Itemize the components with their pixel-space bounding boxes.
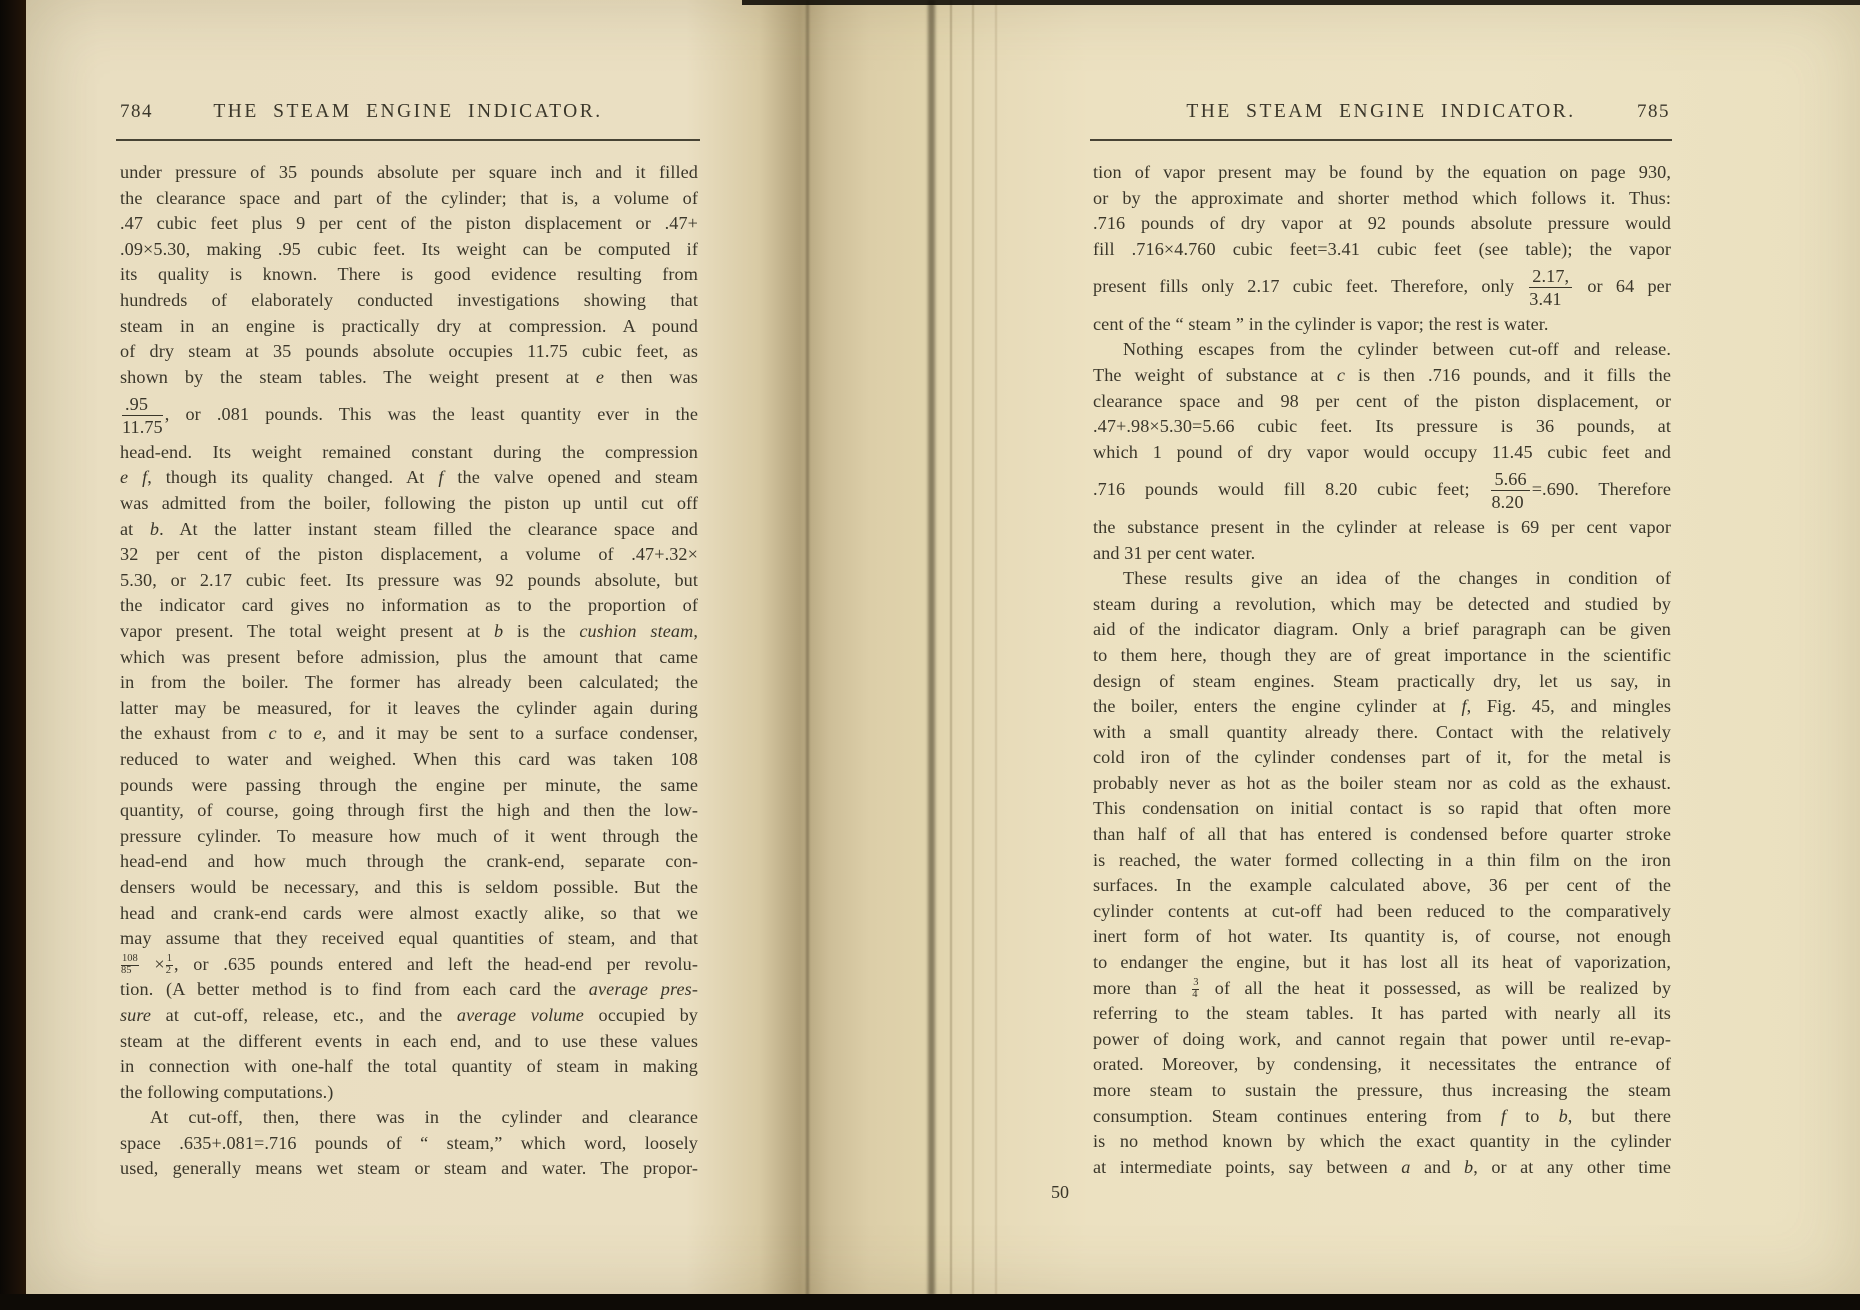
text-line: pounds were passing through the engine p… bbox=[120, 773, 698, 799]
text-line: the clearance space and part of the cyli… bbox=[120, 186, 698, 212]
text-line: design of steam engines. Steam practical… bbox=[1093, 669, 1671, 695]
running-title-right: THE STEAM ENGINE INDICATOR. bbox=[1092, 101, 1670, 123]
text-line: head-end and how much through the crank-… bbox=[120, 849, 698, 875]
text-line: is reached, the water formed collecting … bbox=[1093, 848, 1671, 874]
text-line: more steam to sustain the pressure, thus… bbox=[1093, 1078, 1671, 1104]
text-line: Nothing escapes from the cylinder betwee… bbox=[1093, 337, 1671, 363]
signature-mark: 50 bbox=[1020, 1182, 1100, 1203]
scan-edge-bottom bbox=[0, 1294, 1860, 1310]
fraction: 5.668.20 bbox=[1491, 469, 1529, 512]
text-line: shown by the steam tables. The weight pr… bbox=[120, 365, 698, 391]
text-line: in connection with one-half the total qu… bbox=[120, 1054, 698, 1080]
text-line: which was present before admission, plus… bbox=[120, 645, 698, 671]
text-line: which 1 pound of dry vapor would occupy … bbox=[1093, 440, 1671, 466]
text-line: inert form of hot water. Its quantity is… bbox=[1093, 924, 1671, 950]
text-line: These results give an idea of the change… bbox=[1093, 566, 1671, 592]
text-line: .716 pounds of dry vapor at 92 pounds ab… bbox=[1093, 211, 1671, 237]
text-line: the following computations.) bbox=[120, 1080, 698, 1106]
text-line: cent of the “ steam ” in the cylinder is… bbox=[1093, 312, 1671, 338]
small-fraction: 10885 bbox=[121, 954, 139, 975]
text-line: than half of all that has entered is con… bbox=[1093, 822, 1671, 848]
fraction: .9511.75 bbox=[122, 394, 163, 437]
page-header-right: THE STEAM ENGINE INDICATOR. 785 bbox=[1092, 101, 1670, 133]
text-line: reduced to water and weighed. When this … bbox=[120, 747, 698, 773]
text-line: may assume that they received equal quan… bbox=[120, 926, 698, 952]
text-line: was admitted from the boiler, following … bbox=[120, 491, 698, 517]
text-line: cylinder contents at cut-off had been re… bbox=[1093, 899, 1671, 925]
fraction: 2.17,3.41 bbox=[1529, 266, 1572, 309]
text-line: under pressure of 35 pounds absolute per… bbox=[120, 160, 698, 186]
text-line: at intermediate points, say between a an… bbox=[1093, 1155, 1671, 1181]
text-line: its quality is known. There is good evid… bbox=[120, 262, 698, 288]
text-line: head and crank-end cards were almost exa… bbox=[120, 901, 698, 927]
page-edge-line bbox=[995, 0, 997, 1296]
text-line: with a small quantity already there. Con… bbox=[1093, 720, 1671, 746]
small-fraction: 12 bbox=[166, 954, 173, 975]
header-rule-right bbox=[1090, 139, 1672, 141]
text-line: densers would be necessary, and this is … bbox=[120, 875, 698, 901]
text-line: to endanger the engine, but it has lost … bbox=[1093, 950, 1671, 976]
text-line: at b. At the latter instant steam filled… bbox=[120, 517, 698, 543]
text-line: space .635+.081=.716 pounds of “ steam,”… bbox=[120, 1131, 698, 1157]
text-line: sure at cut-off, release, etc., and the … bbox=[120, 1003, 698, 1029]
text-line: and 31 per cent water. bbox=[1093, 541, 1671, 567]
text-line: the boiler, enters the engine cylinder a… bbox=[1093, 694, 1671, 720]
text-line: to them here, though they are of great i… bbox=[1093, 643, 1671, 669]
text-line: hundreds of elaborately conducted invest… bbox=[120, 288, 698, 314]
text-line: orated. Moreover, by condensing, it nece… bbox=[1093, 1052, 1671, 1078]
text-line: quantity, of course, going through first… bbox=[120, 798, 698, 824]
text-line: present fills only 2.17 cubic feet. Ther… bbox=[1093, 262, 1671, 312]
gutter-shadow-line bbox=[928, 0, 935, 1296]
page-body-left: under pressure of 35 pounds absolute per… bbox=[120, 160, 698, 1182]
text-line: steam during a revolution, which may be … bbox=[1093, 592, 1671, 618]
text-line: is no method known by which the exact qu… bbox=[1093, 1129, 1671, 1155]
scan-edge-left bbox=[0, 0, 26, 1310]
gutter-fold-line bbox=[806, 0, 809, 1296]
text-line: tion. (A better method is to find from e… bbox=[120, 977, 698, 1003]
book-scan: 784 THE STEAM ENGINE INDICATOR. THE STEA… bbox=[0, 0, 1860, 1310]
text-line: consumption. Steam continues entering fr… bbox=[1093, 1104, 1671, 1130]
text-line: surfaces. In the example calculated abov… bbox=[1093, 873, 1671, 899]
text-line: latter may be measured, for it leaves th… bbox=[120, 696, 698, 722]
text-line: pressure cylinder. To measure how much o… bbox=[120, 824, 698, 850]
text-line: This condensation on initial contact is … bbox=[1093, 796, 1671, 822]
text-line: 10885 ×12, or .635 pounds entered and le… bbox=[120, 952, 698, 978]
text-line: The weight of substance at c is then .71… bbox=[1093, 363, 1671, 389]
text-line: .47+.98×5.30=5.66 cubic feet. Its pressu… bbox=[1093, 414, 1671, 440]
text-line: in from the boiler. The former has alrea… bbox=[120, 670, 698, 696]
text-line: the exhaust from c to e, and it may be s… bbox=[120, 721, 698, 747]
text-line: .47 cubic feet plus 9 per cent of the pi… bbox=[120, 211, 698, 237]
page-body-right: tion of vapor present may be found by th… bbox=[1093, 160, 1671, 1180]
page-edge-line bbox=[972, 0, 974, 1296]
text-line: referring to the steam tables. It has pa… bbox=[1093, 1001, 1671, 1027]
text-line: fill .716×4.760 cubic feet=3.41 cubic fe… bbox=[1093, 237, 1671, 263]
text-line: the indicator card gives no information … bbox=[120, 593, 698, 619]
text-line: .9511.75, or .081 pounds. This was the l… bbox=[120, 390, 698, 440]
running-title-left: THE STEAM ENGINE INDICATOR. bbox=[118, 101, 698, 123]
text-line: 32 per cent of the piston displacement, … bbox=[120, 542, 698, 568]
text-line: aid of the indicator diagram. Only a bri… bbox=[1093, 617, 1671, 643]
text-line: power of doing work, and cannot regain t… bbox=[1093, 1027, 1671, 1053]
text-line: cold iron of the cylinder condenses part… bbox=[1093, 745, 1671, 771]
text-line: clearance space and 98 per cent of the p… bbox=[1093, 389, 1671, 415]
page-edge-line bbox=[950, 0, 952, 1296]
text-line: of dry steam at 35 pounds absolute occup… bbox=[120, 339, 698, 365]
text-line: more than 34 of all the heat it possesse… bbox=[1093, 976, 1671, 1002]
text-line: .09×5.30, making .95 cubic feet. Its wei… bbox=[120, 237, 698, 263]
text-line: used, generally means wet steam or steam… bbox=[120, 1156, 698, 1182]
text-line: 5.30, or 2.17 cubic feet. Its pressure w… bbox=[120, 568, 698, 594]
text-line: or by the approximate and shorter method… bbox=[1093, 186, 1671, 212]
text-line: head-end. Its weight remained constant d… bbox=[120, 440, 698, 466]
text-line: vapor present. The total weight present … bbox=[120, 619, 698, 645]
scan-edge-top bbox=[742, 0, 1860, 5]
text-line: the substance present in the cylinder at… bbox=[1093, 515, 1671, 541]
page-number-right: 785 bbox=[1637, 101, 1670, 123]
text-line: e f, though its quality changed. At f th… bbox=[120, 465, 698, 491]
header-rule-left bbox=[116, 139, 700, 141]
text-line: At cut-off, then, there was in the cylin… bbox=[120, 1105, 698, 1131]
small-fraction: 34 bbox=[1192, 978, 1199, 999]
text-line: steam in an engine is practically dry at… bbox=[120, 314, 698, 340]
page-header-left: 784 THE STEAM ENGINE INDICATOR. bbox=[118, 101, 698, 133]
text-line: probably never as hot as the boiler stea… bbox=[1093, 771, 1671, 797]
text-line: steam at the different events in each en… bbox=[120, 1029, 698, 1055]
text-line: tion of vapor present may be found by th… bbox=[1093, 160, 1671, 186]
text-line: .716 pounds would fill 8.20 cubic feet; … bbox=[1093, 465, 1671, 515]
